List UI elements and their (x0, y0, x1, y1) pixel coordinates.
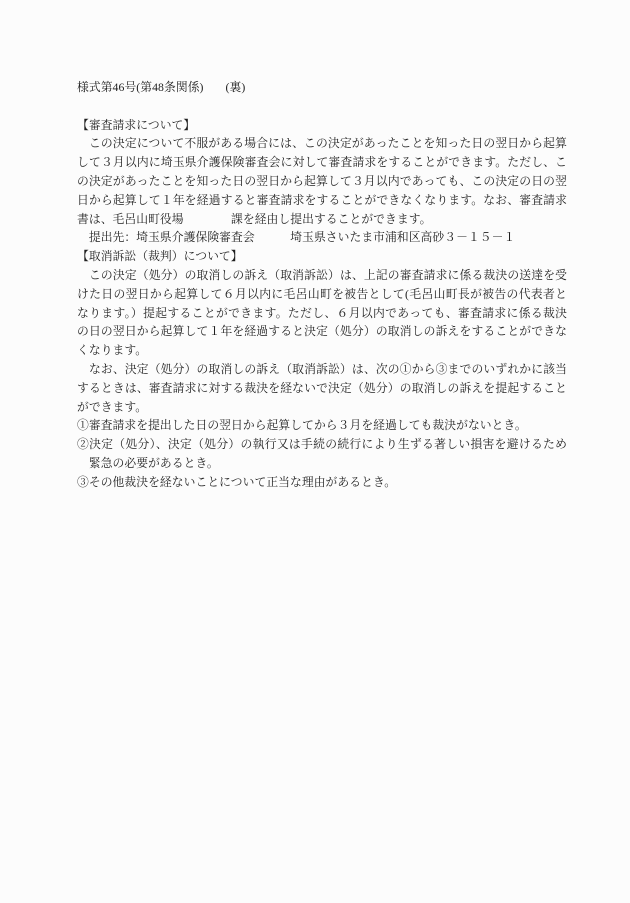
lawsuit-text-line: くなります。 (77, 341, 567, 360)
numbered-item-1: ①審査請求を提出した日の翌日から起算してから３月を経過しても裁決がないとき。 (77, 416, 567, 435)
lawsuit-text-line: なお、決定（処分）の取消しの訴え（取消訴訟）は、次の①から③までのいずれかに該当 (77, 360, 567, 379)
lawsuit-text-line: けた日の翌日から起算して６月以内に毛呂山町を被告として(毛呂山町長が被告の代表者… (77, 285, 567, 304)
page-side-label: (裏) (226, 78, 246, 97)
blank-line (77, 97, 567, 116)
numbered-item-3: ③その他裁決を経ないことについて正当な理由があるとき。 (77, 473, 567, 492)
numbered-item-2-continued: 緊急の必要があるとき。 (77, 454, 567, 473)
lawsuit-text-line: の日の翌日から起算して１年を経過すると決定（処分）の取消しの訴えをすることができ… (77, 322, 567, 341)
appeal-text-line: して３月以内に埼玉県介護保険審査会に対して審査請求をすることができます。ただし、… (77, 153, 567, 172)
lawsuit-section-title: 【取消訴訟（裁判）について】 (77, 247, 567, 266)
document-body: 様式第46号(第48条関係)(裏) 【審査請求について】 この決定について不服が… (77, 78, 567, 492)
lawsuit-text-line: ができます。 (77, 398, 567, 417)
appeal-text-line: 書は、毛呂山町役場 課を経由し提出することができます。 (77, 210, 567, 229)
appeal-text-line: 日から起算して１年を経過すると審査請求をすることができなくなります。なお、審査請… (77, 191, 567, 210)
lawsuit-text-line: するときは、審査請求に対する裁決を経ないで決定（処分）の取消しの訴えを提起するこ… (77, 379, 567, 398)
appeal-text-line: この決定について不服がある場合には、この決定があったことを知った日の翌日から起算 (77, 134, 567, 153)
numbered-item-2: ②決定（処分）、決定（処分）の執行又は手続の続行により生ずる著しい損害を避けるた… (77, 435, 567, 454)
form-number-label: 様式第46号(第48条関係) (77, 80, 204, 94)
form-header: 様式第46号(第48条関係)(裏) (77, 78, 567, 97)
lawsuit-text-line: この決定（処分）の取消しの訴え（取消訴訟）は、上記の審査請求に係る裁決の送達を受 (77, 266, 567, 285)
lawsuit-text-line: なります。）提起することができます。ただし、６月以内であっても、審査請求に係る裁… (77, 304, 567, 323)
submission-address-line: 提出先：埼玉県介護保険審査会 埼玉県さいたま市浦和区高砂３－１５－１ (77, 228, 567, 247)
scanned-page: { "colors": { "paper": "#fcfcfc", "ink":… (0, 0, 630, 903)
appeal-section-title: 【審査請求について】 (77, 116, 567, 135)
appeal-text-line: の決定があったことを知った日の翌日から起算して３月以内であっても、この決定の日の… (77, 172, 567, 191)
